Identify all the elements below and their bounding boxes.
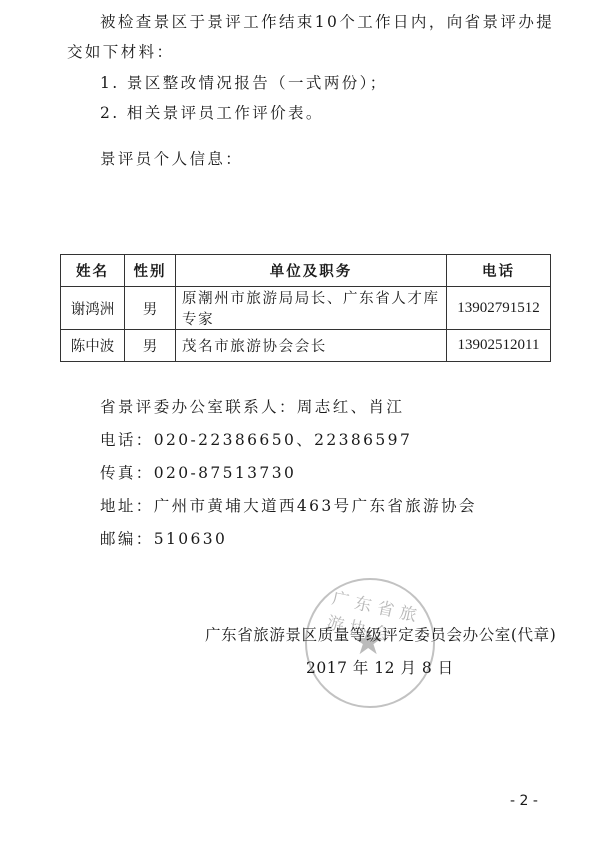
contact-fax: 传真：020-87513730 xyxy=(100,461,296,483)
header-name: 姓名 xyxy=(61,255,125,287)
contact-postcode: 邮编：510630 xyxy=(100,527,227,549)
contact-persons: 省景评委办公室联系人：周志红、肖江 xyxy=(100,395,404,417)
list-item-1: 1. 景区整改情况报告（一式两份）； xyxy=(100,71,388,93)
table-row: 谢鸿洲 男 原潮州市旅游局局长、广东省人才库专家 13902791512 xyxy=(61,287,551,330)
contact-address: 地址：广州市黄埔大道西463号广东省旅游协会 xyxy=(100,494,477,516)
cell-phone: 13902512011 xyxy=(447,330,551,362)
table-row: 陈中波 男 茂名市旅游协会会长 13902512011 xyxy=(61,330,551,362)
info-heading: 景评员个人信息： xyxy=(100,147,243,169)
cell-gender: 男 xyxy=(125,330,176,362)
reviewer-info-table: 姓名 性别 单位及职务 电话 谢鸿洲 男 原潮州市旅游局局长、广东省人才库专家 … xyxy=(60,254,551,362)
contact-phone: 电话：020-22386650、22386597 xyxy=(100,428,412,450)
paragraph-line-1: 被检查景区于景评工作结束10个工作日内，向省景评办提 xyxy=(100,10,554,32)
list-item-2: 2. 相关景评员工作评价表。 xyxy=(100,101,324,123)
header-org-position: 单位及职务 xyxy=(176,255,447,287)
header-phone: 电话 xyxy=(447,255,551,287)
cell-org-position: 原潮州市旅游局局长、广东省人才库专家 xyxy=(176,287,447,330)
cell-gender: 男 xyxy=(125,287,176,330)
page-number: - 2 - xyxy=(510,793,538,809)
paragraph-line-2: 交如下材料： xyxy=(67,40,174,62)
signing-date: 2017 年 12 月 8 日 xyxy=(306,656,454,678)
table-header-row: 姓名 性别 单位及职务 电话 xyxy=(61,255,551,287)
cell-phone: 13902791512 xyxy=(447,287,551,330)
signing-organization: 广东省旅游景区质量等级评定委员会办公室(代章) xyxy=(205,623,556,645)
header-gender: 性别 xyxy=(125,255,176,287)
cell-org-position: 茂名市旅游协会会长 xyxy=(176,330,447,362)
cell-name: 陈中波 xyxy=(61,330,125,362)
cell-name: 谢鸿洲 xyxy=(61,287,125,330)
